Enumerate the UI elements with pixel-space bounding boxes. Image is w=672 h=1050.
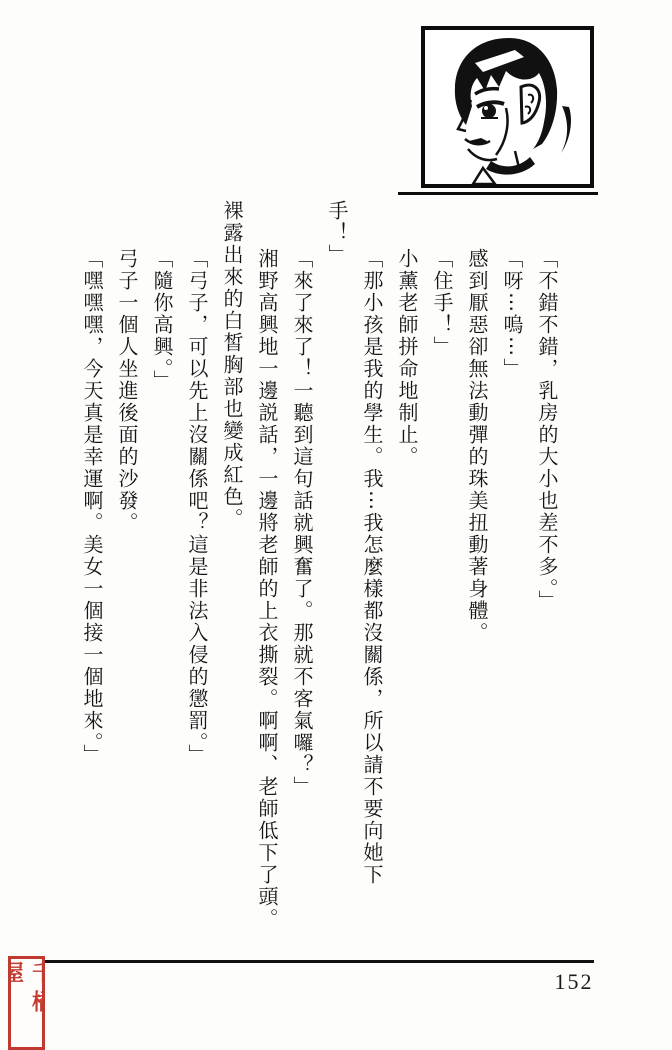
dialogue-paragraph: 「來了來了！一聽到這句話就興奮了。那就不客氣囉？」	[284, 200, 319, 962]
dialogue-paragraph: 「隨你高興。」	[144, 200, 179, 962]
dialogue-paragraph: 「住手！」	[424, 200, 459, 962]
narration-paragraph: 弓子一個人坐進後面的沙發。	[109, 200, 144, 962]
dialogue-paragraph: 「嘿嘿嘿，今天真是幸運啊。美女一個接一個地來。」	[74, 200, 109, 962]
page-number: 152	[538, 969, 610, 995]
dialogue-paragraph: 「不錯不錯，乳房的大小也差不多。」	[529, 200, 564, 962]
publisher-seal: 千橘屋	[8, 956, 45, 1050]
publisher-seal-text: 千橘屋	[8, 961, 45, 1047]
illustration-underline	[398, 192, 598, 195]
dialogue-paragraph: 「弓子，可以先上沒關係吧？這是非法入侵的懲罰。」	[179, 200, 214, 962]
character-portrait-illustration	[425, 30, 590, 184]
narration-paragraph: 感到厭惡卻無法動彈的珠美扭動著身體。	[459, 200, 494, 962]
illustration-frame	[421, 26, 594, 188]
dialogue-paragraph: 「呀⋯嗚⋯」	[494, 200, 529, 962]
story-text: 「不錯不錯，乳房的大小也差不多。」 「呀⋯嗚⋯」 感到厭惡卻無法動彈的珠美扭動著…	[70, 200, 564, 962]
narration-paragraph: 湘野高興地一邊説話，一邊將老師的上衣撕裂。啊啊、老師低下了頭。 裸露出來的白皙胸…	[214, 200, 284, 962]
dialogue-paragraph: 「那小孩是我的學生。我⋯我怎麼樣都沒關係，所以請不要向她下 手！」	[319, 200, 389, 962]
footer-rule	[28, 960, 594, 963]
narration-paragraph: 小薰老師拼命地制止。	[389, 200, 424, 962]
